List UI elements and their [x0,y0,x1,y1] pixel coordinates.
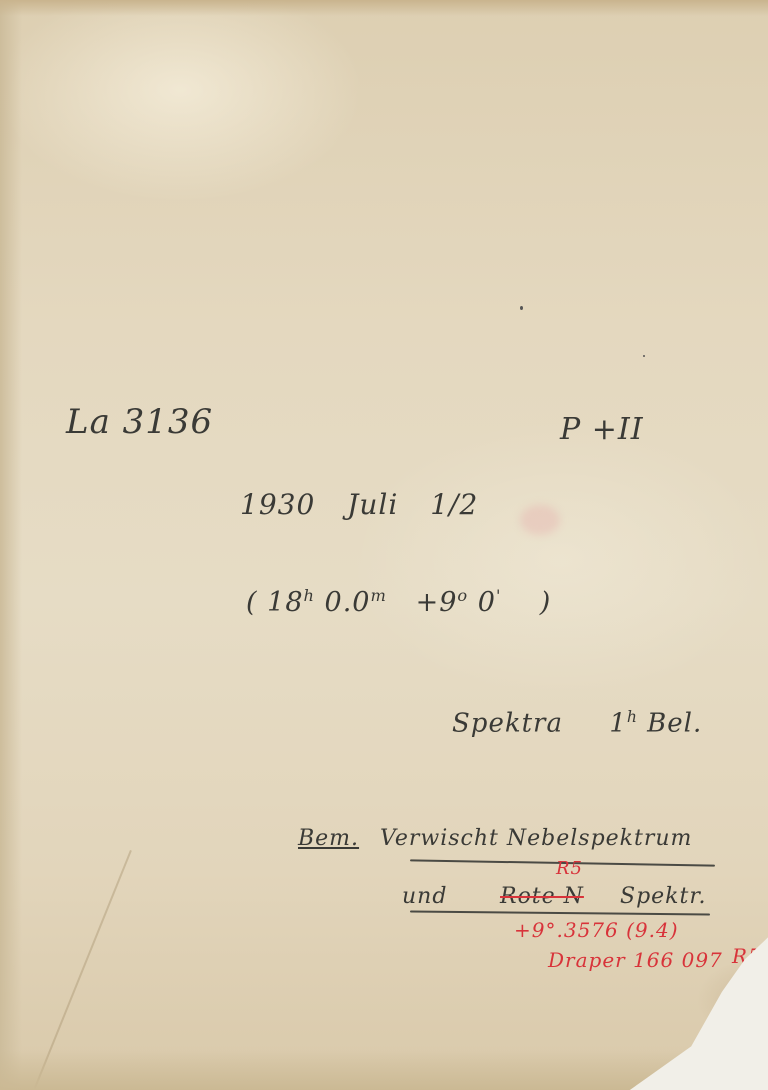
top-fold [0,0,768,16]
exposure-label: Spektra [452,709,563,739]
remark-label: Bem. [298,826,359,851]
dec-minutes: 0 [478,587,496,618]
ra-minutes: 0.0 [325,587,371,618]
plate-id: La 3136 [66,402,213,442]
remark-struck-text: Rote N [500,884,584,909]
exposure-sup: h [627,708,638,726]
bd-number: +9°.3576 (9.4) [514,918,679,942]
ink-speck [520,306,523,310]
ink-speck [643,355,645,357]
observation-date: 1930 Juli 1/2 [240,488,478,521]
dec-min-sup: ' [496,586,501,605]
remark-line2-prefix: und [402,884,447,909]
coordinates: ( 18h 0.0m +9o 0' ) [246,586,551,618]
stain [520,505,560,535]
paren-close: ) [540,587,552,618]
exposure-note: Spektra 1h Bel. [452,708,702,739]
remark-line1: Verwischt Nebelspektrum [380,826,692,851]
draper-number: Draper 166 097 [548,948,723,972]
ra-h-sup: h [304,586,315,605]
remark-underline-2 [410,910,710,915]
paren-open: ( [246,587,258,618]
exposure-unit: Bel. [647,709,702,739]
ra-hours: 18 [267,587,303,618]
exposure-value: 1 [609,709,627,739]
spectral-class: R5 [732,944,762,968]
remark-insert: R5 [556,858,583,879]
envelope-sheet: La 3136 P +II 1930 Juli 1/2 ( 18h 0.0m +… [0,0,768,1090]
dec-degrees: +9 [416,587,458,618]
remark-line2-suffix: Spektr. [620,884,706,909]
plate-mark: P +II [560,412,644,447]
diagonal-crease [33,850,132,1090]
ra-m-sup: m [370,586,386,605]
dec-deg-sup: o [457,586,468,605]
